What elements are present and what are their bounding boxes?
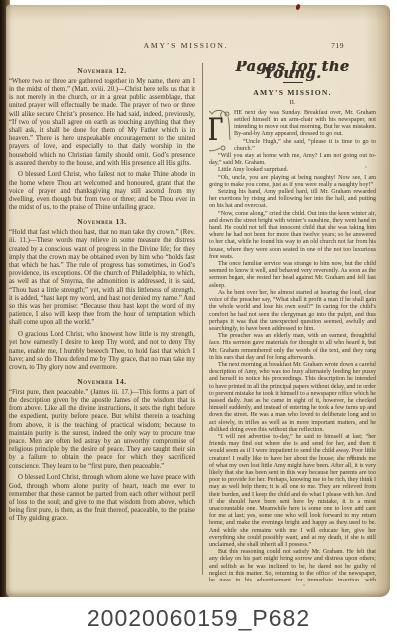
prayer-text: O blessed Lord Christ, through whom alon… xyxy=(9,474,195,523)
text-columns: November 12. “Where two or three are gat… xyxy=(6,55,390,581)
foxing-spots xyxy=(350,455,354,459)
running-header: AMY’S MISSION. 719 xyxy=(6,41,378,55)
date-heading-november-13: November 13. xyxy=(9,218,195,226)
masthead-rule xyxy=(283,82,303,83)
story-paragraph: “Uncle Hugh,” she said, “please it is ti… xyxy=(209,139,376,153)
date-heading-november-14: November 14. xyxy=(9,378,195,386)
story-paragraph: Little Amy looked surprised. xyxy=(209,167,376,174)
story-paragraph: “Oh, uncle, you are playing at being nau… xyxy=(209,175,376,189)
article-title: AMY’S MISSION. xyxy=(209,89,376,96)
section-masthead: Pages for the Young. xyxy=(209,63,376,77)
story-paragraph: “I will not advertise to-day,” he said t… xyxy=(209,434,376,549)
running-header-title: AMY’S MISSION. xyxy=(144,41,229,50)
catalog-caption: 20020060159_P682 xyxy=(0,597,397,640)
story-paragraph: The preacher was an elderly man, with an… xyxy=(209,333,376,362)
story-paragraph-text: HE next day was Sunday. Breakfast over, … xyxy=(234,110,376,138)
story-paragraph: “Now, come along,” cried the child. Out … xyxy=(209,211,376,261)
devotional-text: “Hold that fast which thou hast, that no… xyxy=(9,229,195,327)
catalog-number: 20020060159_P682 xyxy=(87,605,310,632)
story-paragraph: But this reasoning could not satisfy Mr.… xyxy=(209,549,376,581)
story-paragraph: The next morning at breakfast Mr. Graham… xyxy=(209,362,376,434)
date-heading-november-12: November 12. xyxy=(9,67,195,75)
devotional-text: “First pure, then peaceable.” (James iii… xyxy=(9,389,195,471)
story-paragraph: “Will you stay at home with me, Amy? I a… xyxy=(209,153,376,167)
floral-initial-T-ornament: T xyxy=(209,108,231,153)
story-paragraph: As he bent over her, he almost started a… xyxy=(209,290,376,333)
prayer-text: O gracious Lord Christ, who knowest how … xyxy=(9,331,195,372)
devotional-text: “Where two or three are gathered togethe… xyxy=(9,78,195,168)
story-paragraph: The once familiar service was strange to… xyxy=(209,261,376,290)
prayer-text: O blessed Lord Christ, who failest not t… xyxy=(9,171,195,212)
right-column: Pages for the Young. AMY’S MISSION. II. xyxy=(209,61,376,581)
story-paragraph: Seizing his hand, Amy pulled hard, till … xyxy=(209,189,376,211)
left-column: November 12. “Where two or three are gat… xyxy=(9,61,195,581)
chapter-number: II. xyxy=(209,99,376,106)
column-divider-rule xyxy=(202,63,203,575)
scanned-book-photo: AMY’S MISSION. 719 November 12. “Where t… xyxy=(0,0,397,640)
story-paragraph: T HE next day was Sunday. Breakfast over… xyxy=(209,110,376,139)
page-number: 719 xyxy=(331,41,344,50)
book-page: AMY’S MISSION. 719 November 12. “Where t… xyxy=(6,5,390,597)
drop-cap-letter: T xyxy=(209,112,223,148)
